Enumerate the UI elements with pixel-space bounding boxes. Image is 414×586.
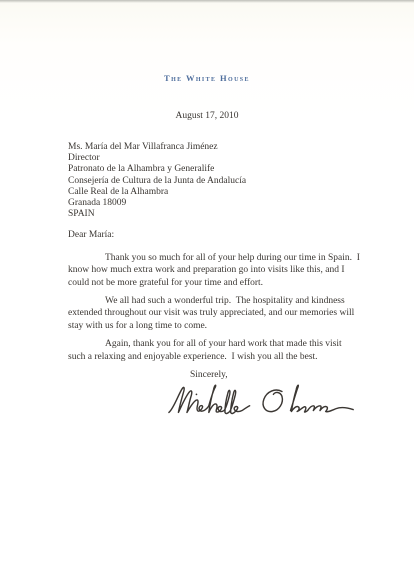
- recipient-name: Ms. María del Mar Villafranca Jiménez: [68, 142, 360, 153]
- paragraph-3: Again, thank you for all of your hard wo…: [68, 338, 360, 363]
- letter-paragraphs: Thank you so much for all of your help d…: [68, 252, 360, 363]
- recipient-title: Director: [68, 153, 360, 164]
- recipient-country: SPAIN: [68, 209, 360, 220]
- recipient-department: Consejería de Cultura de la Junta de And…: [68, 176, 360, 187]
- letter-date: August 17, 2010: [0, 110, 414, 122]
- scan-edge-shadow: [0, 0, 414, 3]
- signature-michelle-obama: [161, 383, 363, 421]
- letterhead-the-white-house: The White House: [0, 0, 414, 84]
- paragraph-1: Thank you so much for all of your help d…: [68, 252, 360, 289]
- recipient-city: Granada 18009: [68, 198, 360, 209]
- recipient-organization: Patronato de la Alhambra y Generalife: [68, 164, 360, 175]
- letter-body: Ms. María del Mar Villafranca Jiménez Di…: [68, 142, 360, 421]
- closing-sincerely: Sincerely,: [190, 369, 360, 381]
- paragraph-2: We all had such a wonderful trip. The ho…: [68, 295, 360, 332]
- salutation: Dear María:: [68, 229, 360, 241]
- recipient-street: Calle Real de la Alhambra: [68, 187, 360, 198]
- recipient-address-block: Ms. María del Mar Villafranca Jiménez Di…: [68, 142, 360, 220]
- scanned-letter-page: The White House August 17, 2010 Ms. Marí…: [0, 0, 414, 586]
- signature-ink: [161, 383, 363, 421]
